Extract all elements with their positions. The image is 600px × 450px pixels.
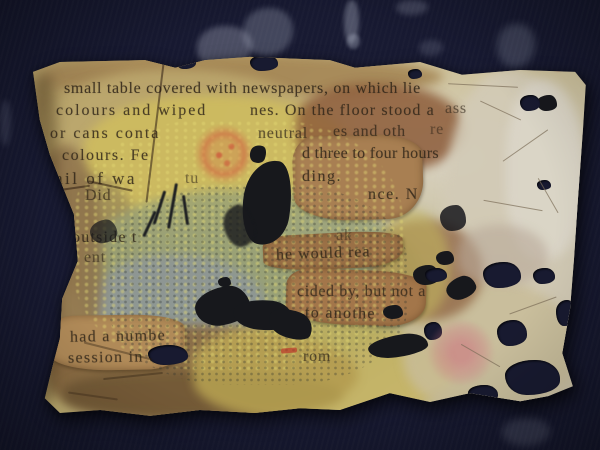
paint-smudge	[0, 100, 11, 146]
paint-loss-hole	[505, 360, 560, 395]
text-fragment: d three to four hours	[302, 145, 439, 163]
text-fragment: ass	[445, 100, 467, 118]
ink-blot	[436, 251, 454, 265]
paint-loss-hole	[556, 300, 576, 326]
text-fragment: nce. N	[368, 186, 419, 204]
pink-stain	[426, 320, 496, 385]
text-fragment: ding.	[302, 168, 342, 186]
paint-smudge	[396, 0, 428, 15]
ink-blot	[218, 277, 231, 287]
paint-loss-hole	[408, 69, 422, 79]
text-fragment: or cans conta	[50, 125, 160, 143]
text-fragment: nes. On the floor stood a	[250, 102, 435, 120]
ink-blot	[383, 305, 403, 319]
paint-loss-hole	[250, 55, 278, 71]
text-fragment: Did	[85, 187, 111, 205]
paint-loss-hole	[533, 268, 555, 284]
text-fragment: re	[430, 121, 444, 139]
paint-loss-hole	[483, 262, 521, 288]
ink-blot	[440, 205, 466, 231]
text-fragment: had a numbe	[70, 327, 166, 347]
paint-loss-hole	[520, 95, 540, 111]
text-fragment: colours and wiped	[56, 102, 207, 120]
text-fragment: he would rea	[276, 243, 371, 264]
text-fragment: small table covered with newspapers, on …	[64, 80, 421, 98]
text-fragment: ak	[336, 227, 353, 245]
torn-paper-wrapper: small table covered with newspapers, on …	[28, 55, 588, 421]
paint-smudge	[243, 8, 293, 56]
paint-loss-hole	[497, 320, 527, 346]
text-fragment: neutral	[258, 125, 308, 143]
photo-of-collage: small table covered with newspapers, on …	[0, 0, 600, 450]
text-fragment: ent	[84, 249, 106, 267]
paint-smudge	[502, 418, 550, 446]
ink-blot	[537, 95, 557, 111]
text-fragment: tu	[185, 170, 199, 188]
red-dot	[554, 63, 562, 71]
torn-paper: small table covered with newspapers, on …	[28, 55, 588, 421]
text-fragment: cided by, but not a	[297, 283, 426, 301]
paint-loss-hole	[148, 345, 188, 365]
text-fragment: rom	[303, 348, 331, 366]
paint-loss-hole	[468, 385, 498, 403]
text-fragment: colours. Fe	[62, 147, 150, 165]
text-fragment: to anothe	[305, 304, 376, 323]
paint-smudge	[419, 40, 443, 56]
paint-loss-hole	[176, 55, 196, 69]
red-ring-stain	[193, 123, 255, 185]
paint-loss-hole	[425, 268, 447, 282]
paint-smudge	[347, 34, 360, 49]
text-fragment: ail of wa	[55, 169, 137, 189]
text-fragment: es and oth	[333, 123, 406, 141]
